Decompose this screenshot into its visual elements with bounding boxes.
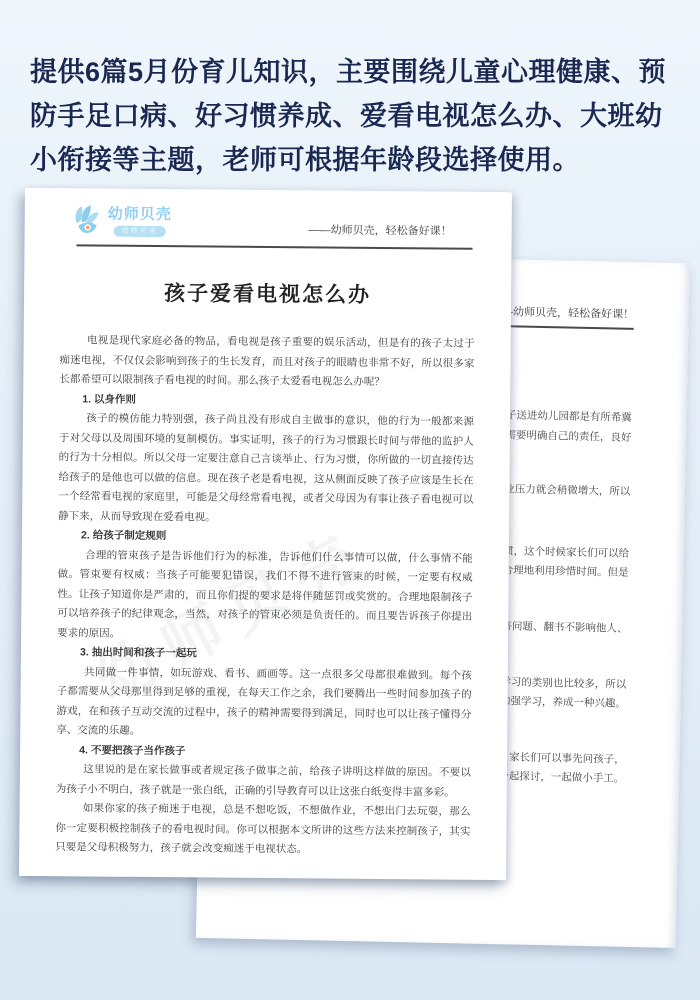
front-document-page[interactable]: 幼师贝壳 幼师贝壳 ——幼师贝壳，轻松备好课！ 孩子爱看电视怎么办 幼师贝壳 电… <box>19 188 512 880</box>
brand-name: 幼师贝壳 <box>108 203 172 225</box>
intro-text: 提供6篇5月份育儿知识，主要围绕儿童心理健康、预防手足口病、好习惯养成、爱看电视… <box>30 50 675 182</box>
brand-badge: 幼师贝壳 <box>114 226 166 237</box>
body-paragraph: 电视是现代家庭必备的物品，看电视是孩子重要的娱乐活动，但是有的孩子太过于痴迷电视… <box>59 331 474 393</box>
brand-logo: 幼师贝壳 幼师贝壳 <box>73 202 172 237</box>
body-paragraph: 合理的管束孩子是告诉他们行为的标准，告诉他们什么事情可以做，什么事情不能做。管束… <box>57 546 473 647</box>
header-rule <box>77 244 473 249</box>
body-paragraph: 这里说的是在家长做事或者规定孩子做事之前，给孩子讲明这样做的原因。不要以为孩子小… <box>56 760 471 803</box>
body-paragraph: 孩子的模仿能力特别强，孩子尚且没有形成自主做事的意识，他的行为一般都来源于对父母… <box>58 409 474 530</box>
back-text-fragment: 孩子送进幼儿园都是有所希冀 <box>495 407 632 425</box>
doc-title: 孩子爱看电视怎么办 <box>24 276 511 310</box>
body-paragraph: 共同做一件事情，如玩游戏、看书、画画等。这一点很多父母都很难做到。每个孩子都需要… <box>56 663 472 745</box>
page-tagline: ——幼师贝壳，轻松备好课！ <box>309 221 452 238</box>
body-paragraph: 如果你家的孩子痴迷于电视，总是不想吃饭，不想做作业，不想出门去玩耍，那么你一定要… <box>55 799 470 861</box>
doc-body: 电视是现代家庭必备的物品，看电视是孩子重要的娱乐活动，但是有的孩子太过于痴迷电视… <box>55 331 475 861</box>
hand-shell-logo-icon <box>73 203 103 235</box>
back-page-tagline: ——幼师贝壳，轻松备好课！ <box>491 303 634 322</box>
